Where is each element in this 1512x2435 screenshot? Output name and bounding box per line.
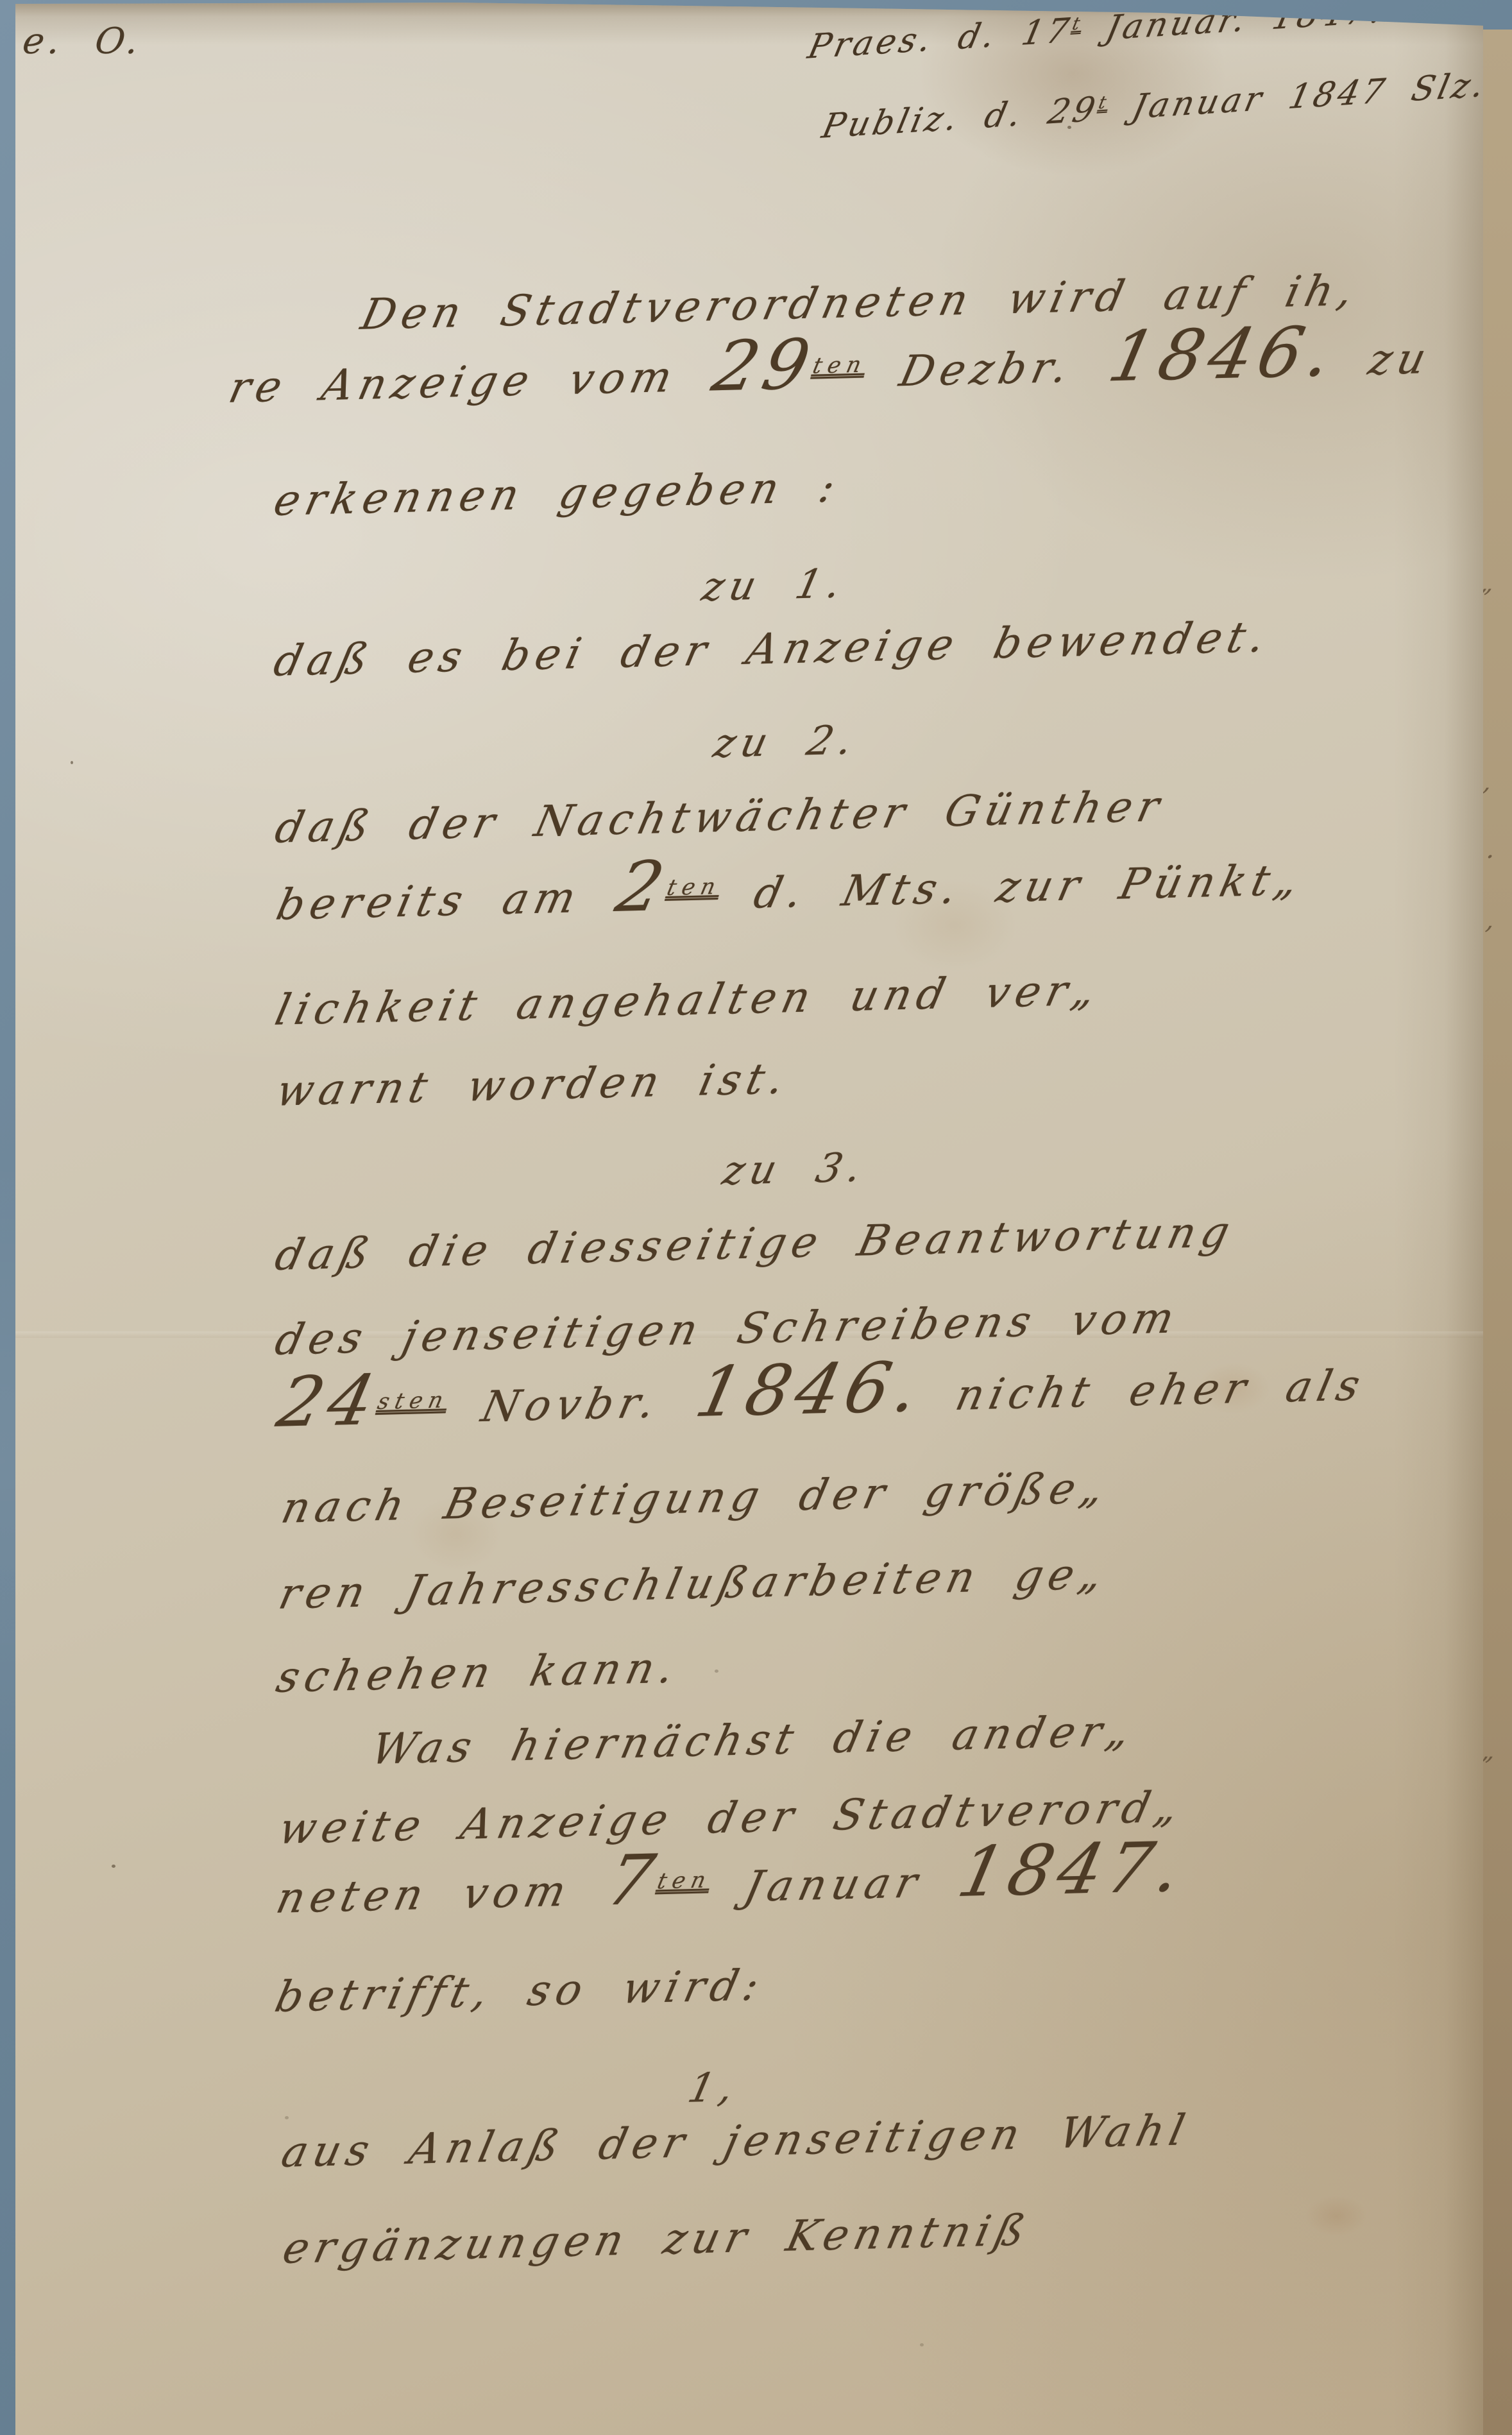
bleed-mark: . [1484,835,1499,864]
manuscript-item-1: 1, [684,2063,744,2112]
photograph: „ ‚ . ’ „ e. O. Praes. d. 17t Januar. 18… [0,0,1512,2435]
manuscript-heading-zu2: zu 2. [709,716,863,767]
manuscript-line: aus Anlaß der jenseitigen Wahl [277,2105,1195,2177]
paper-speck [1067,126,1071,129]
underlying-page-edge: „ ‚ . ’ „ [1479,30,1512,2435]
paper-speck [920,2343,924,2346]
paper-speck [285,2116,289,2119]
manuscript-line: neten vom 7ten Januar 1847. [272,1851,1189,1923]
paper-speck [71,761,73,764]
paper-speck [715,1670,718,1673]
manuscript-line: schehen kann. [272,1643,684,1702]
manuscript-heading-zu3: zu 3. [718,1143,872,1194]
manuscript-line: daß die diesseitige Beantwortung [271,1207,1240,1280]
manuscript-line: ergänzungen zur Kenntniß [278,2205,1035,2273]
manuscript-line: nach Beseitigung der größe„ [277,1463,1114,1533]
manuscript-line: erkennen gegeben : [269,462,845,525]
manuscript-line: ren Jahresschlußarbeiten ge„ [275,1549,1113,1619]
manuscript-line: betrifft, so wird: [271,1960,769,2022]
manuscript-line: bereits am 2ten d. Mts. zur Pünkt„ [272,855,1308,930]
manuscript-line: daß es bei der Anzeige bewendet. [269,612,1275,686]
registrar-note-publiziert: Publiz. d. 29t Januar 1847 Slz. [819,65,1491,146]
paper-speck [112,1865,115,1868]
manuscript-line: warnt worden ist. [272,1054,795,1116]
manuscript-line: re Anzeige vom 29ten Dezbr. 1846. zu [225,334,1436,413]
manuscript-line: Was hiernächst die ander„ [367,1706,1140,1774]
corner-note: e. O. [20,21,144,62]
document-page: e. O. Praes. d. 17t Januar. 1847. Slz. P… [15,0,1483,2435]
manuscript-line: 24sten Novbr. 1846. nicht eher als [272,1360,1370,1437]
manuscript-line: lichkeit angehalten und ver„ [271,965,1106,1035]
manuscript-heading-zu1: zu 1. [698,560,851,610]
manuscript-line: daß der Nachtwächter Günther [271,782,1169,853]
